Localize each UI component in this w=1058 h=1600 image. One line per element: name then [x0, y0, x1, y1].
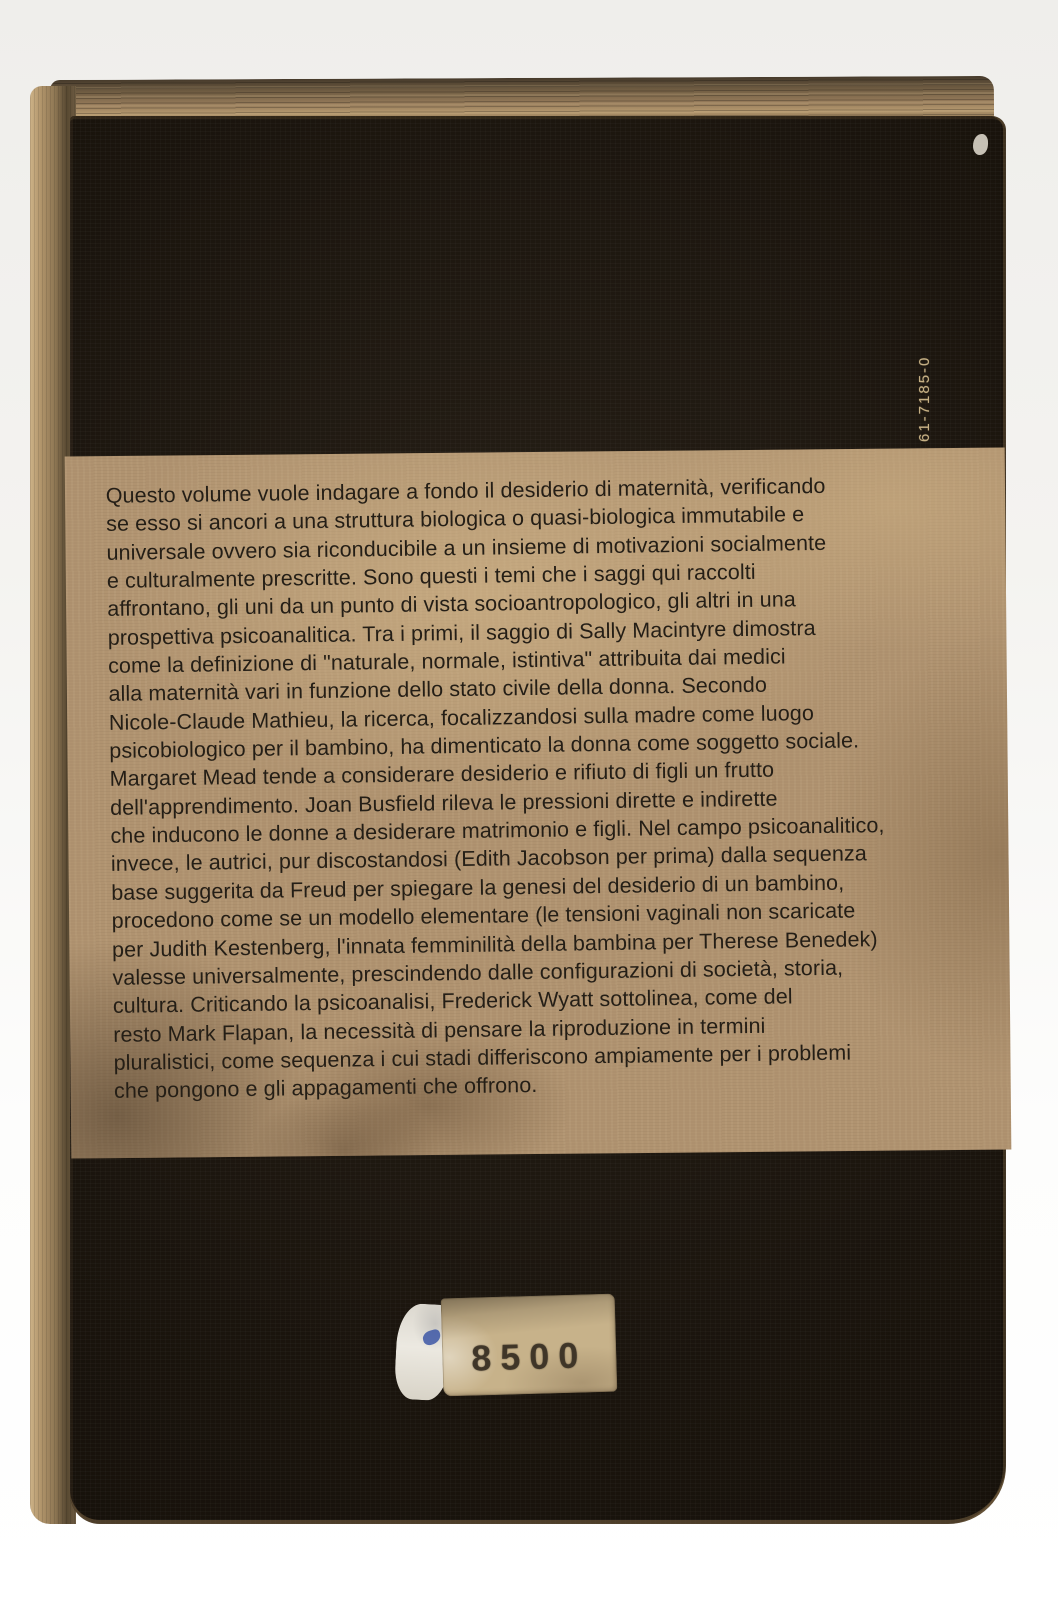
blurb-panel: Questo volume vuole indagare a fondo il … — [65, 448, 1012, 1159]
cover-worn-chip — [973, 134, 988, 155]
book-back-cover: 61-7185-0 Questo volume vuole indagare a… — [70, 116, 1006, 1524]
blue-ink-mark — [421, 1328, 442, 1347]
price-sticker-value: 8500 — [442, 1334, 617, 1381]
price-sticker: 8500 — [441, 1294, 618, 1397]
serial-number: 61-7185-0 — [916, 322, 933, 442]
photo-background: 61-7185-0 Questo volume vuole indagare a… — [0, 0, 1058, 1600]
blurb-text: Questo volume vuole indagare a fondo il … — [106, 471, 931, 1106]
